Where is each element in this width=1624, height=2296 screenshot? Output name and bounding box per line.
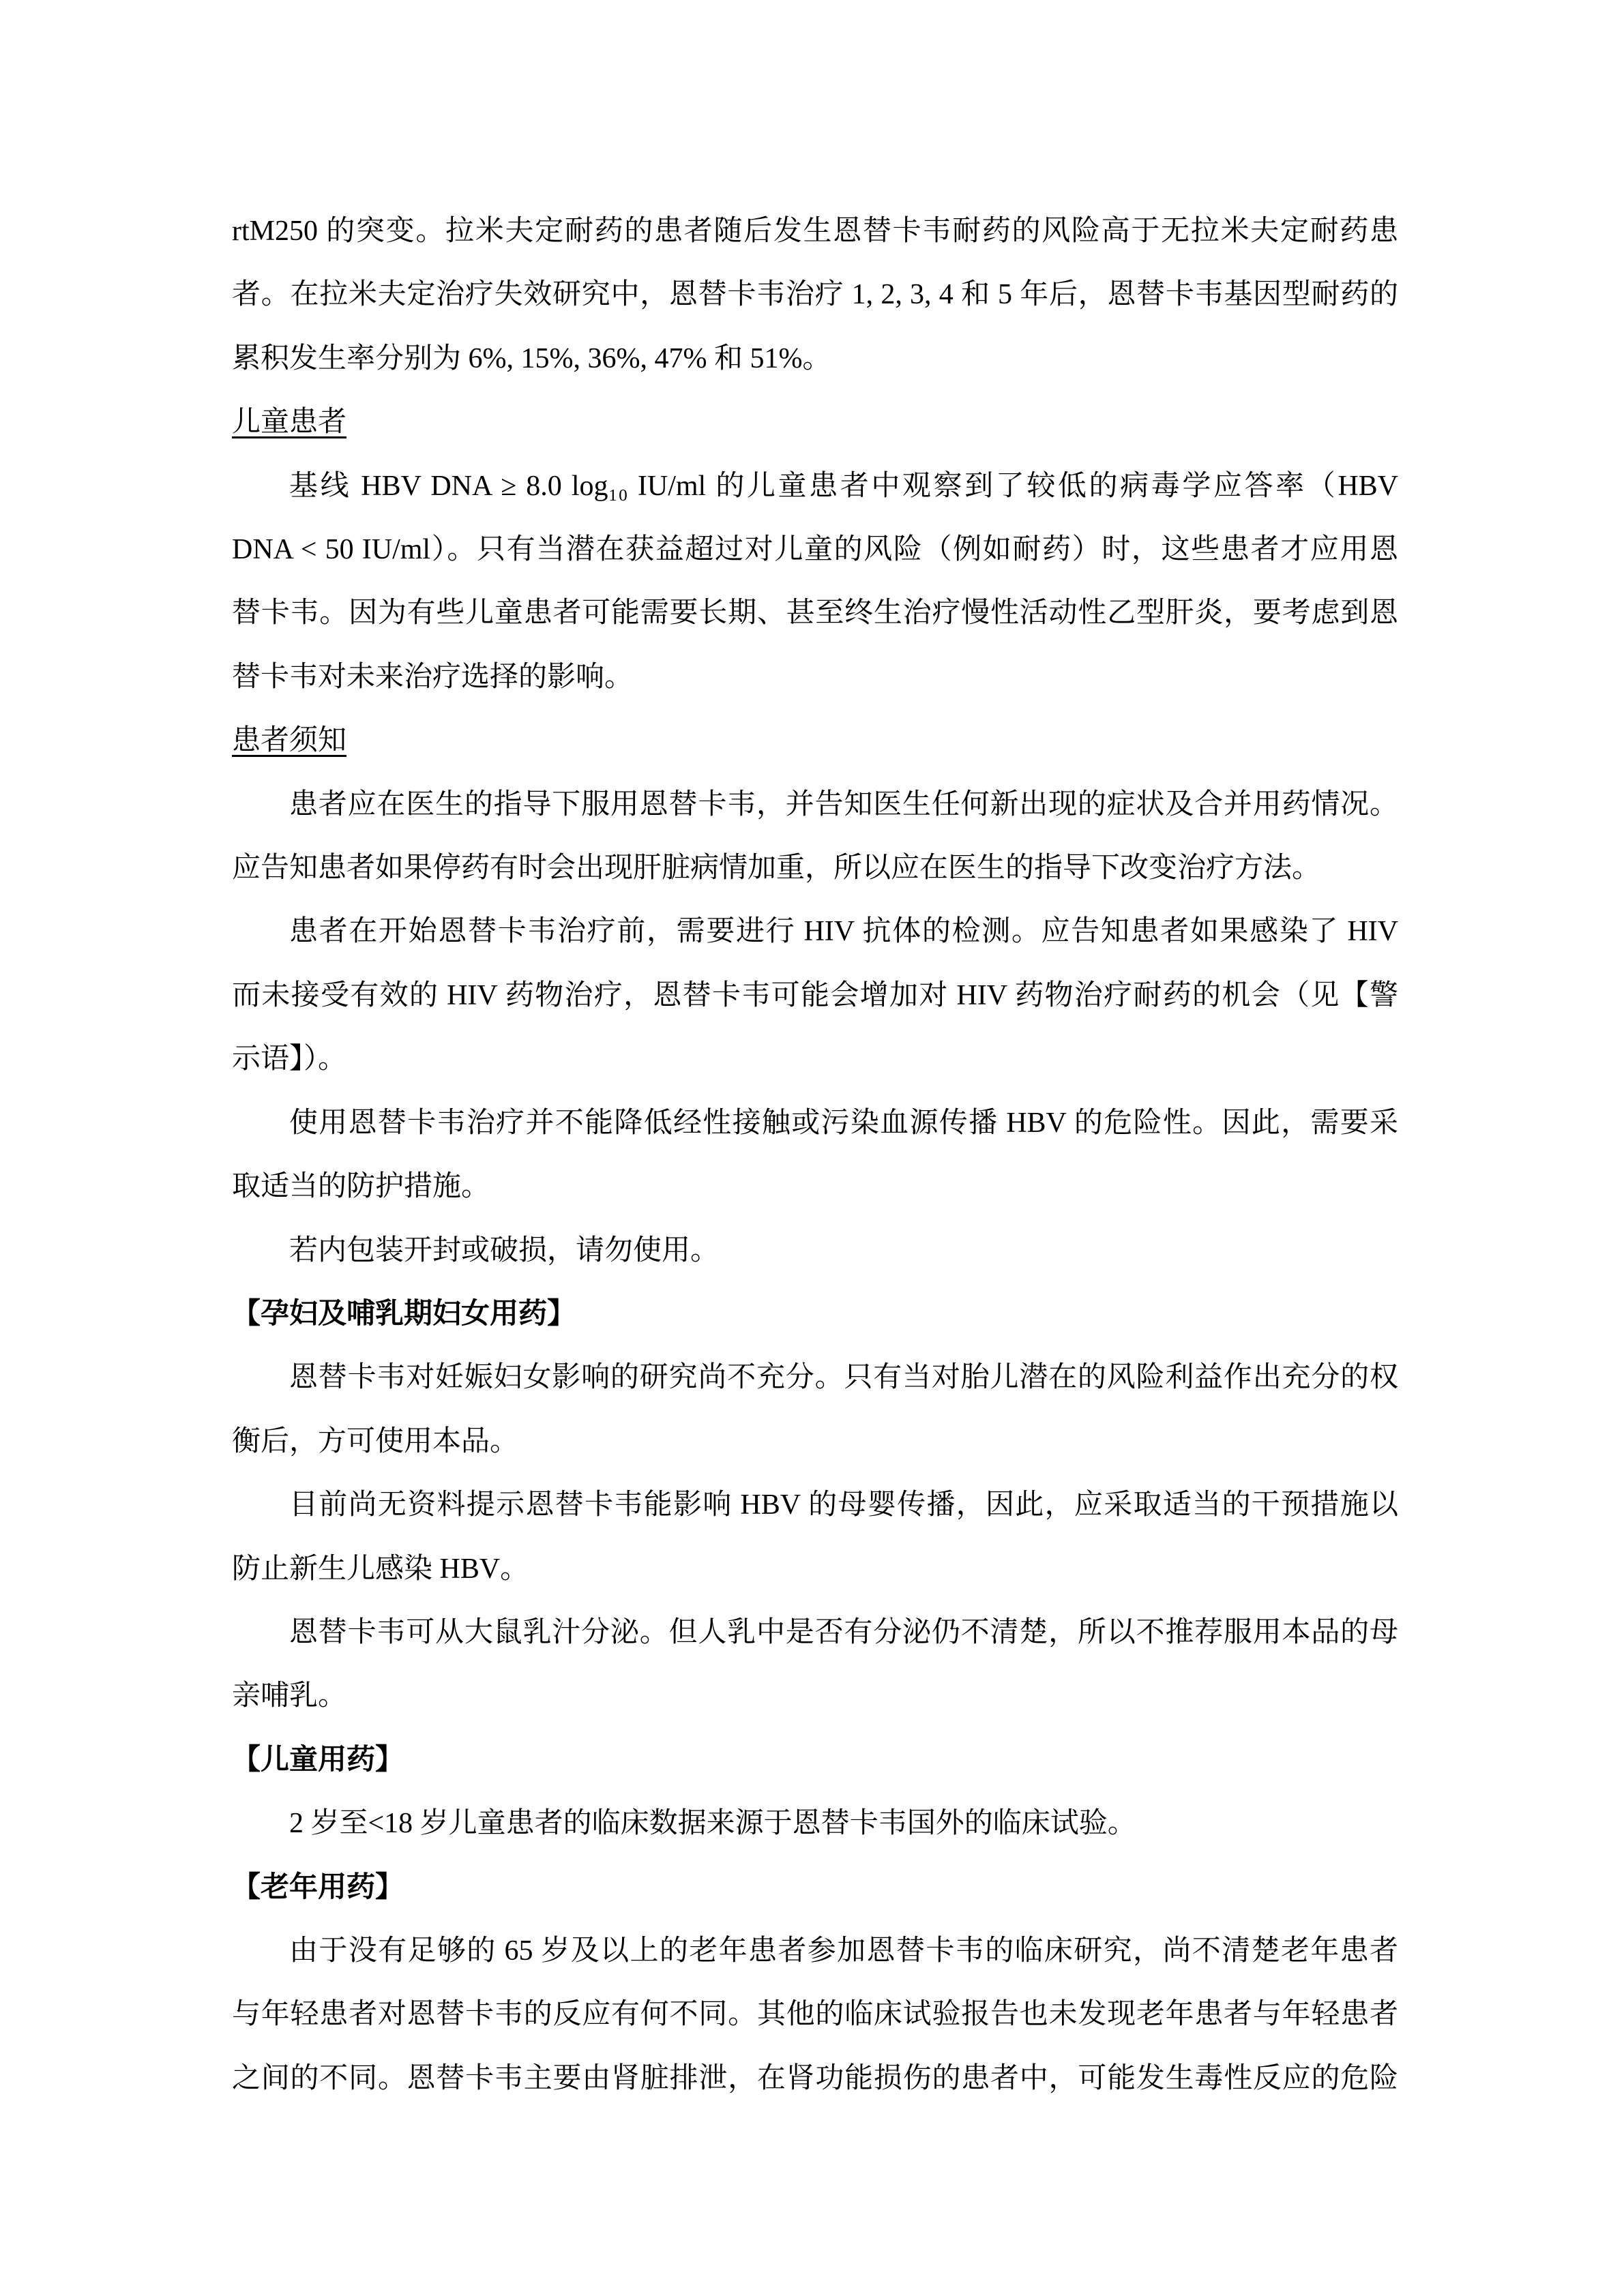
text-line: 替卡韦。因为有些儿童患者可能需要长期、甚至终生治疗慢性活动性乙型肝炎，要考虑到恩 [232, 582, 1398, 645]
text-line: 由于没有足够的 65 岁及以上的老年患者参加恩替卡韦的临床研究，尚不清楚老年患者 [232, 1920, 1398, 1983]
document-content: rtM250 的突变。拉米夫定耐药的患者随后发生恩替卡韦耐药的风险高于无拉米夫定… [0, 0, 1624, 2111]
text-line: DNA < 50 IU/ml）。只有当潜在获益超过对儿童的风险（例如耐药）时，这… [232, 518, 1398, 582]
section-heading-geriatric-use: 【老年用药】 [232, 1856, 1398, 1920]
text-line: 累积发生率分别为 6%, 15%, 36%, 47% 和 51%。 [232, 327, 1398, 391]
text-line: 而未接受有效的 HIV 药物治疗，恩替卡韦可能会增加对 HIV 药物治疗耐药的机… [232, 964, 1398, 1028]
text-line: 替卡韦对未来治疗选择的影响。 [232, 646, 1398, 709]
document-page: rtM250 的突变。拉米夫定耐药的患者随后发生恩替卡韦耐药的风险高于无拉米夫定… [0, 0, 1624, 2296]
text-line: 亲哺乳。 [232, 1665, 1398, 1728]
text-line: 基线 HBV DNA ≥ 8.0 log₁₀ IU/ml 的儿童患者中观察到了较… [232, 455, 1398, 518]
section-heading-patient-information: 患者须知 [232, 709, 1398, 773]
text-line: 患者应在医生的指导下服用恩替卡韦，并告知医生任何新出现的症状及合并用药情况。 [232, 773, 1398, 837]
text-line: rtM250 的突变。拉米夫定耐药的患者随后发生恩替卡韦耐药的风险高于无拉米夫定… [232, 200, 1398, 263]
section-heading-pediatric-patients: 儿童患者 [232, 391, 1398, 454]
section-heading-pediatric-use: 【儿童用药】 [232, 1729, 1398, 1792]
text-line: 使用恩替卡韦治疗并不能降低经性接触或污染血源传播 HBV 的危险性。因此，需要采 [232, 1092, 1398, 1155]
text-line: 2 岁至<18 岁儿童患者的临床数据来源于恩替卡韦国外的临床试验。 [232, 1792, 1398, 1855]
text-line: 目前尚无资料提示恩替卡韦能影响 HBV 的母婴传播，因此，应采取适当的干预措施以 [232, 1474, 1398, 1537]
text-line: 与年轻患者对恩替卡韦的反应有何不同。其他的临床试验报告也未发现老年患者与年轻患者 [232, 1983, 1398, 2046]
section-heading-pregnancy-lactation: 【孕妇及哺乳期妇女用药】 [232, 1283, 1398, 1346]
text-line: 应告知患者如果停药有时会出现肝脏病情加重，所以应在医生的指导下改变治疗方法。 [232, 837, 1398, 900]
text-line: 取适当的防护措施。 [232, 1155, 1398, 1219]
text-line: 防止新生儿感染 HBV。 [232, 1538, 1398, 1601]
text-line: 者。在拉米夫定治疗失效研究中，恩替卡韦治疗 1, 2, 3, 4 和 5 年后，… [232, 263, 1398, 327]
text-line: 恩替卡韦对妊娠妇女影响的研究尚不充分。只有当对胎儿潜在的风险利益作出充分的权 [232, 1346, 1398, 1410]
text-line: 之间的不同。恩替卡韦主要由肾脏排泄，在肾功能损伤的患者中，可能发生毒性反应的危险 [232, 2047, 1398, 2111]
text-line: 患者在开始恩替卡韦治疗前，需要进行 HIV 抗体的检测。应告知患者如果感染了 H… [232, 900, 1398, 964]
text-line: 恩替卡韦可从大鼠乳汁分泌。但人乳中是否有分泌仍不清楚，所以不推荐服用本品的母 [232, 1601, 1398, 1665]
text-line: 衡后，方可使用本品。 [232, 1410, 1398, 1474]
text-line: 若内包装开封或破损，请勿使用。 [232, 1219, 1398, 1283]
text-line: 示语】）。 [232, 1028, 1398, 1091]
